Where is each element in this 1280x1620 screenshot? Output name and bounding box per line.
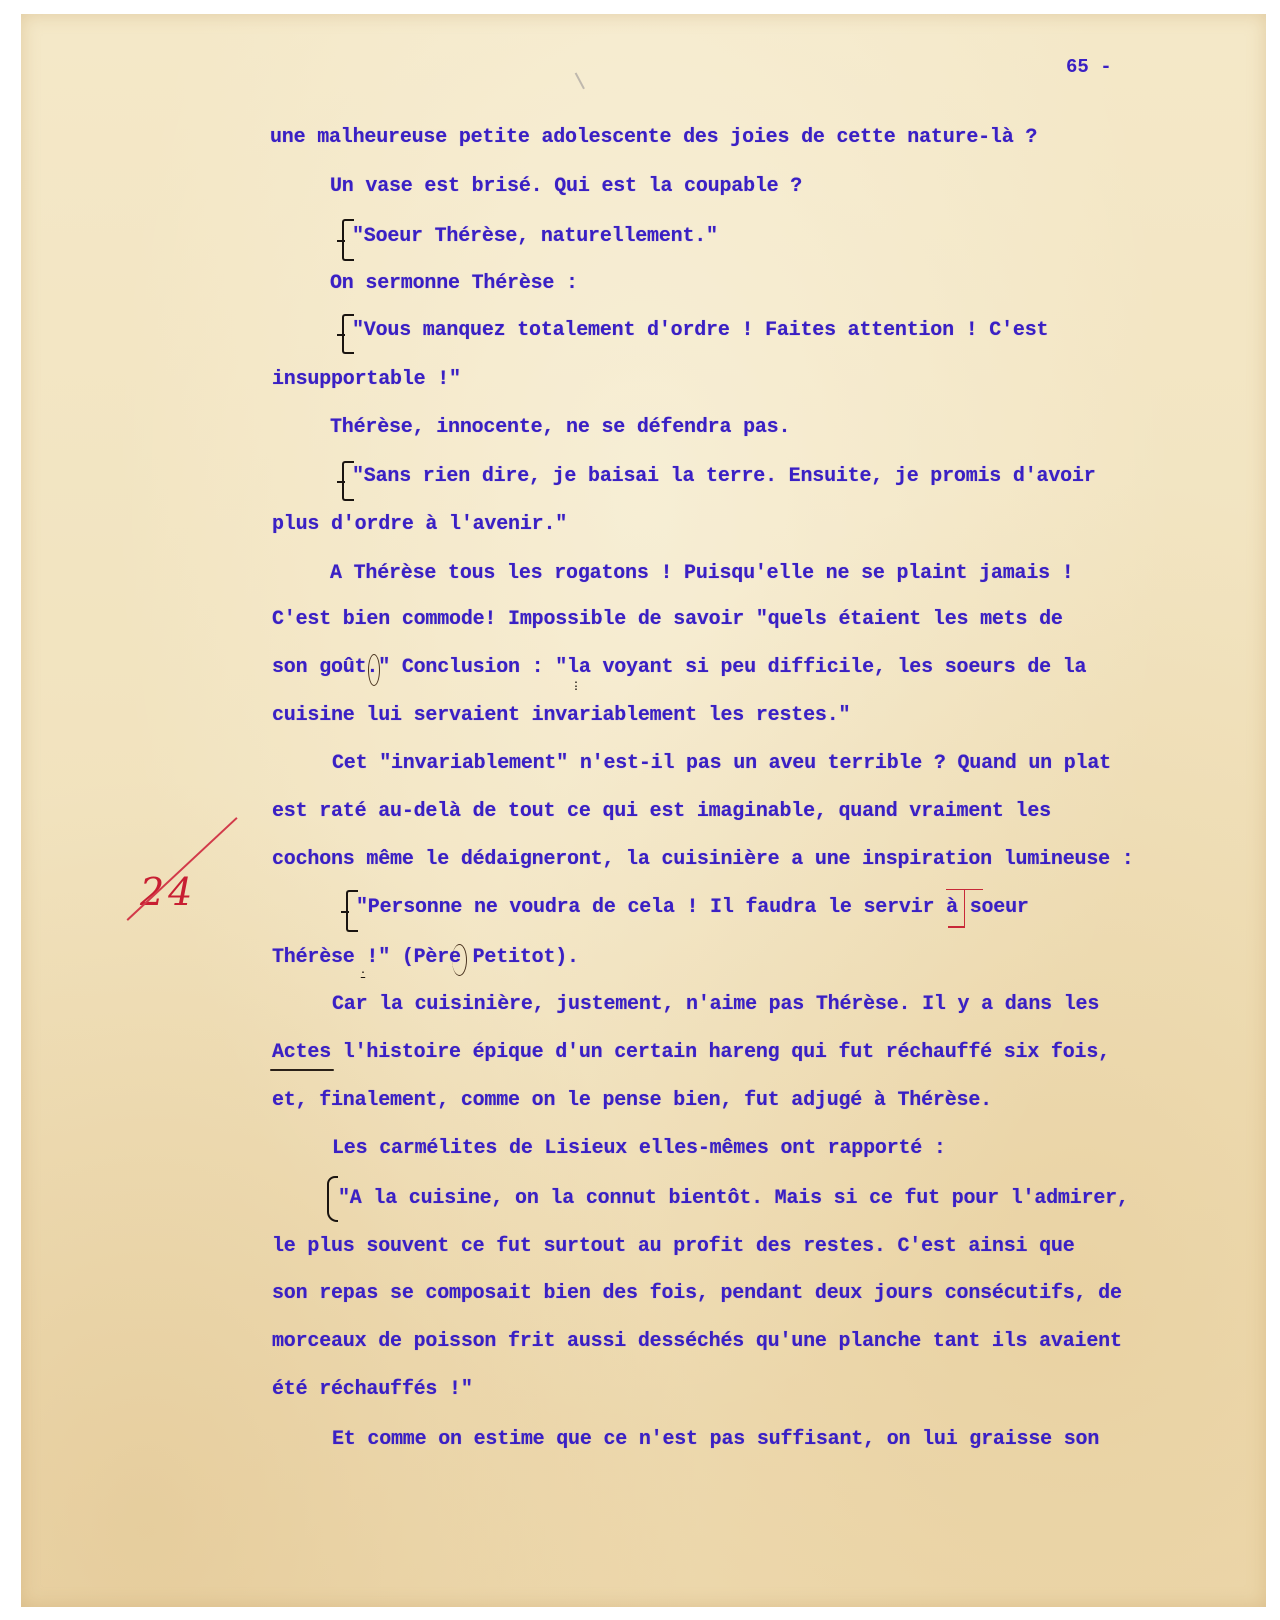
text-line: plus d'ordre à l'avenir." xyxy=(272,513,567,537)
text-line: été réchauffés !" xyxy=(272,1378,473,1402)
text-line: est raté au-delà de tout ce qui est imag… xyxy=(272,800,1051,824)
underline-mark xyxy=(270,1069,334,1071)
text-line: son goût." Conclusion : "la voyant si pe… xyxy=(272,656,1086,680)
text-line: une malheureuse petite adolescente des j… xyxy=(270,126,1037,150)
circled-period-mark xyxy=(368,654,380,686)
text-line: le plus souvent ce fut surtout au profit… xyxy=(272,1235,1075,1259)
margin-note: 24 xyxy=(140,870,196,914)
text-line: On sermonne Thérèse : xyxy=(330,272,578,296)
insertion-mark: :· xyxy=(573,683,576,693)
insertion-mark: ·– xyxy=(360,971,370,981)
bracket-mark xyxy=(327,1176,338,1222)
text-line: Les carmélites de Lisieux elles-mêmes on… xyxy=(332,1137,946,1161)
text-line: et, finalement, comme on le pense bien, … xyxy=(272,1089,992,1113)
text-line: cuisine lui servaient invariablement les… xyxy=(272,704,850,728)
text-line: Actes l'histoire épique d'un certain har… xyxy=(272,1041,1110,1065)
text-line: son repas se composait bien des fois, pe… xyxy=(272,1282,1122,1306)
text-line: Cet "invariablement" n'est-il pas un ave… xyxy=(332,752,1111,776)
parenthesis-mark xyxy=(452,944,467,976)
text-line: "Soeur Thérèse, naturellement." xyxy=(352,225,718,249)
bracket-mark xyxy=(342,219,354,261)
text-line: morceaux de poisson frit aussi desséchés… xyxy=(272,1330,1122,1354)
bracket-mark xyxy=(346,890,358,932)
text-line: "Vous manquez totalement d'ordre ! Faite… xyxy=(352,319,1048,343)
scratch-mark xyxy=(575,72,585,89)
text-line: "A la cuisine, on la connut bientôt. Mai… xyxy=(338,1187,1129,1211)
text-line: Car la cuisinière, justement, n'aime pas… xyxy=(332,993,1099,1017)
page-number: 65 - xyxy=(1066,56,1112,78)
red-bracket-stem xyxy=(964,889,965,926)
text-line: Un vase est brisé. Qui est la coupable ? xyxy=(330,175,802,199)
text-line: Thérèse !" (Père Petitot). xyxy=(272,946,579,970)
text-line: "Sans rien dire, je baisai la terre. Ens… xyxy=(352,465,1096,489)
text-line: A Thérèse tous les rogatons ! Puisqu'ell… xyxy=(330,562,1074,586)
red-bracket-bottom xyxy=(948,926,965,928)
text-line: insupportable !" xyxy=(272,368,461,392)
bracket-mark xyxy=(342,461,354,501)
bracket-mark xyxy=(342,314,354,354)
text-line: Thérèse, innocente, ne se défendra pas. xyxy=(330,416,790,440)
text-line: Et comme on estime que ce n'est pas suff… xyxy=(332,1428,1099,1452)
text-line: "Personne ne voudra de cela ! Il faudra … xyxy=(356,896,1029,920)
text-line: cochons même le dédaigneront, la cuisini… xyxy=(272,848,1134,872)
text-line: C'est bien commode! Impossible de savoir… xyxy=(272,608,1063,632)
